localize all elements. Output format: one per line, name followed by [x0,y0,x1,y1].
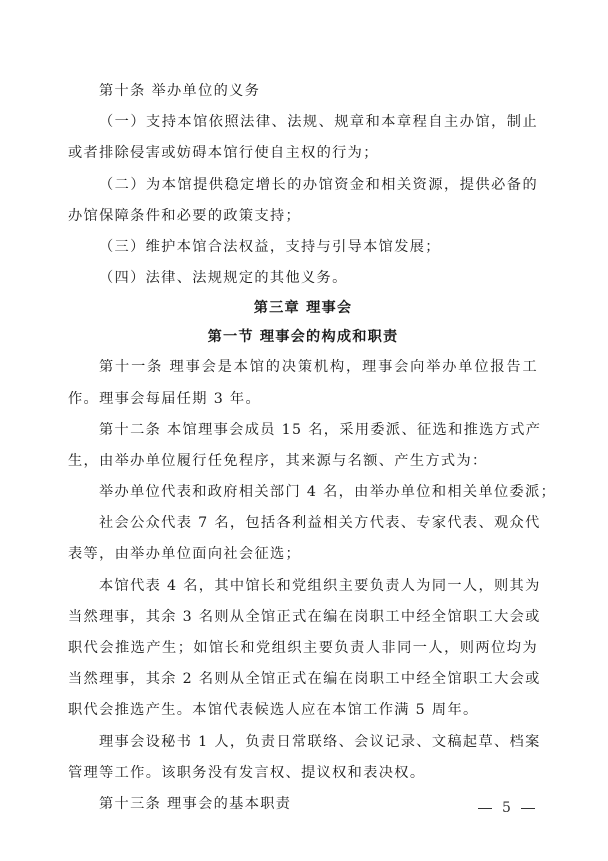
article-12-para-c-line-3: 职代会推选产生；如馆长和党组织主要负责人非同一人，则两位均为 [68,633,538,664]
article-11-line-1: 第十一条 理事会是本馆的决策机构，理事会向举办单位报告工 [68,352,538,383]
article-10-item-1-line-1: （一）支持本馆依照法律、法规、规章和本章程自主办馆，制止 [68,107,538,138]
section-heading: 第一节 理事会的构成和职责 [68,323,538,352]
article-10-item-1-line-2: 或者排除侵害或妨碍本馆行使自主权的行为； [68,138,538,169]
dash-right [521,808,535,809]
article-12-line-1: 第十二条 本馆理事会成员 15 名，采用委派、征选和推选方式产 [68,415,538,446]
dash-left [478,808,492,809]
article-10-title: 第十条 举办单位的义务 [68,76,538,107]
article-12-para-c-line-2: 当然理事，其余 3 名则从全馆正式在编在岗职工中经全馆职工大会或 [68,602,538,633]
article-12-para-b-line-1: 社会公众代表 7 名，包括各利益相关方代表、专家代表、观众代 [68,508,538,539]
page-number-value: 5 [502,800,511,816]
article-11-line-2: 作。理事会每届任期 3 年。 [68,384,538,415]
article-12-para-a: 举办单位代表和政府相关部门 4 名，由举办单位和相关单位委派； [68,477,538,508]
article-10-item-2-line-2: 办馆保障条件和必要的政策支持； [68,201,538,232]
article-12-line-2: 生，由举办单位履行任免程序，其来源与名额、产生方式为： [68,446,538,477]
article-12-para-d-line-2: 管理等工作。该职务没有发言权、提议权和表决权。 [68,758,538,789]
article-10-item-3: （三）维护本馆合法权益，支持与引导本馆发展； [68,232,538,263]
article-12-para-d-line-1: 理事会设秘书 1 人，负责日常联络、会议记录、文稿起草、档案 [68,727,538,758]
chapter-heading: 第三章 理事会 [68,294,538,323]
document-page: 第十条 举办单位的义务 （一）支持本馆依照法律、法规、规章和本章程自主办馆，制止… [68,76,538,820]
article-12-para-b-line-2: 表等，由举办单位面向社会征选； [68,539,538,570]
article-12-para-c-line-5: 职代会推选产生。本馆代表候选人应在本馆工作满 5 周年。 [68,695,538,726]
article-10-item-4: （四）法律、法规规定的其他义务。 [68,263,538,294]
page-number: 5 [478,800,535,816]
article-10-item-2-line-1: （二）为本馆提供稳定增长的办馆资金和相关资源，提供必备的 [68,170,538,201]
article-12-para-c-line-1: 本馆代表 4 名，其中馆长和党组织主要负责人为同一人，则其为 [68,571,538,602]
article-13-title: 第十三条 理事会的基本职责 [68,789,538,820]
article-12-para-c-line-4: 当然理事，其余 2 名则从全馆正式在编在岗职工中经全馆职工大会或 [68,664,538,695]
